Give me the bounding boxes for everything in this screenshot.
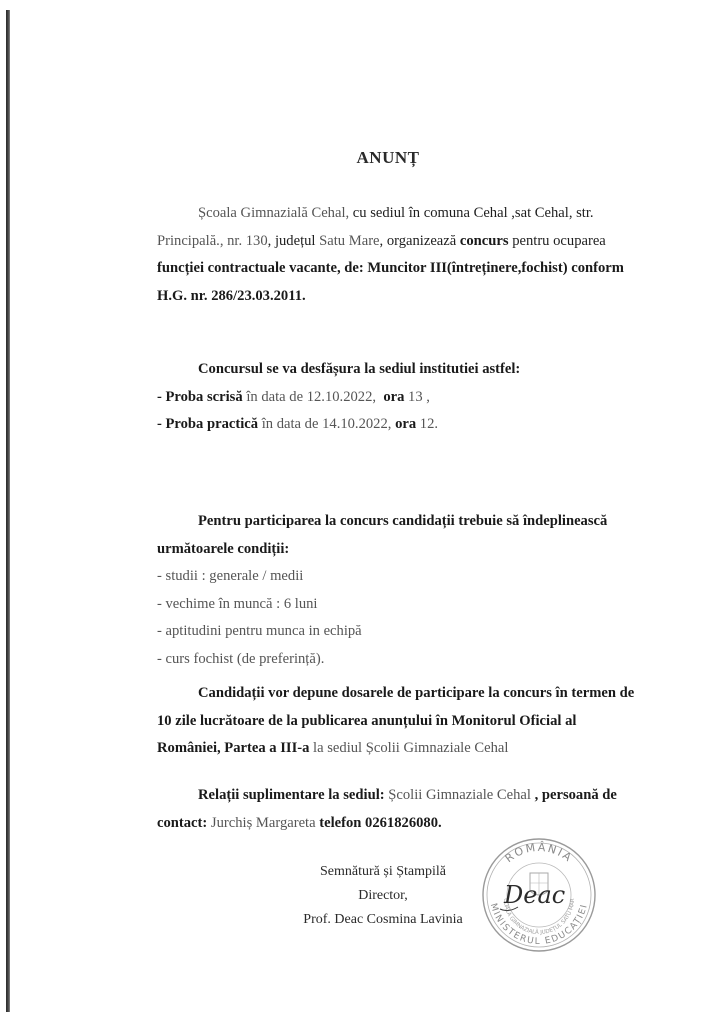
document-title: ANUNȚ	[157, 144, 619, 172]
conditions-section: Pentru participarea la concurs candidați…	[157, 508, 619, 673]
schedule-section: Concursul se va desfășura la sediul inst…	[157, 356, 619, 439]
contact-line-1: Relații suplimentare la sediul: Școlii G…	[157, 782, 619, 810]
condition-item: - vechime în muncă : 6 luni	[157, 591, 619, 619]
conditions-heading-1: Pentru participarea la concurs candidați…	[157, 508, 619, 536]
svg-text:MINISTERUL EDUCAȚIEI: MINISTERUL EDUCAȚIEI	[488, 902, 590, 947]
condition-item: - aptitudini pentru munca in echipă	[157, 618, 619, 646]
intro-line-3: funcției contractuale vacante, de: Munci…	[157, 255, 619, 283]
dossier-line-2: 10 zile lucrătoare de la publicarea anun…	[157, 708, 619, 736]
contact-line-2: contact: Jurchiș Margareta telefon 02618…	[157, 810, 619, 838]
schedule-item-practical: - Proba practică în data de 14.10.2022, …	[157, 411, 619, 439]
dossier-line-3: României, Partea a III-a la sediul Școli…	[157, 735, 619, 763]
contact-phone: 0261826080.	[361, 815, 441, 831]
dossier-line-1: Candidații vor depune dosarele de partic…	[157, 680, 619, 708]
contact-person: Jurchiș Margareta	[207, 815, 315, 831]
condition-item: - curs fochist (de preferință).	[157, 646, 619, 674]
intro-line-2: Principală., nr. 130, județul Satu Mare,…	[157, 228, 619, 256]
signature-role: Director,	[298, 884, 468, 908]
conditions-heading-2: următoarele condiții:	[157, 536, 619, 564]
schedule-heading: Concursul se va desfășura la sediul inst…	[157, 356, 619, 384]
signature-caption: Semnătură și Ștampilă	[298, 860, 468, 884]
intro-line-1: Școala Gimnazială Cehal, cu sediul în co…	[157, 200, 619, 228]
contact-paragraph: Relații suplimentare la sediul: Școlii G…	[157, 782, 619, 837]
stamp-seal-icon: ROMÂNIA MINISTERUL EDUCAȚIEI ȘCOALA GIMN…	[478, 837, 600, 953]
condition-item: - studii : generale / medii	[157, 563, 619, 591]
intro-line-4: H.G. nr. 286/23.03.2011.	[157, 283, 619, 311]
official-stamp: ROMÂNIA MINISTERUL EDUCAȚIEI ȘCOALA GIMN…	[478, 837, 600, 953]
school-name: Școala Gimnazială Cehal,	[198, 205, 349, 221]
scan-edge-border	[6, 10, 10, 1012]
handwritten-signature: Deac	[503, 881, 565, 909]
signature-name: Prof. Deac Cosmina Lavinia	[298, 908, 468, 932]
intro-paragraph: Școala Gimnazială Cehal, cu sediul în co…	[157, 200, 619, 310]
signature-block: Semnătură și Ștampilă Director, Prof. De…	[298, 860, 468, 932]
dossier-paragraph: Candidații vor depune dosarele de partic…	[157, 680, 619, 763]
schedule-item-written: - Proba scrisă în data de 12.10.2022, or…	[157, 384, 619, 412]
